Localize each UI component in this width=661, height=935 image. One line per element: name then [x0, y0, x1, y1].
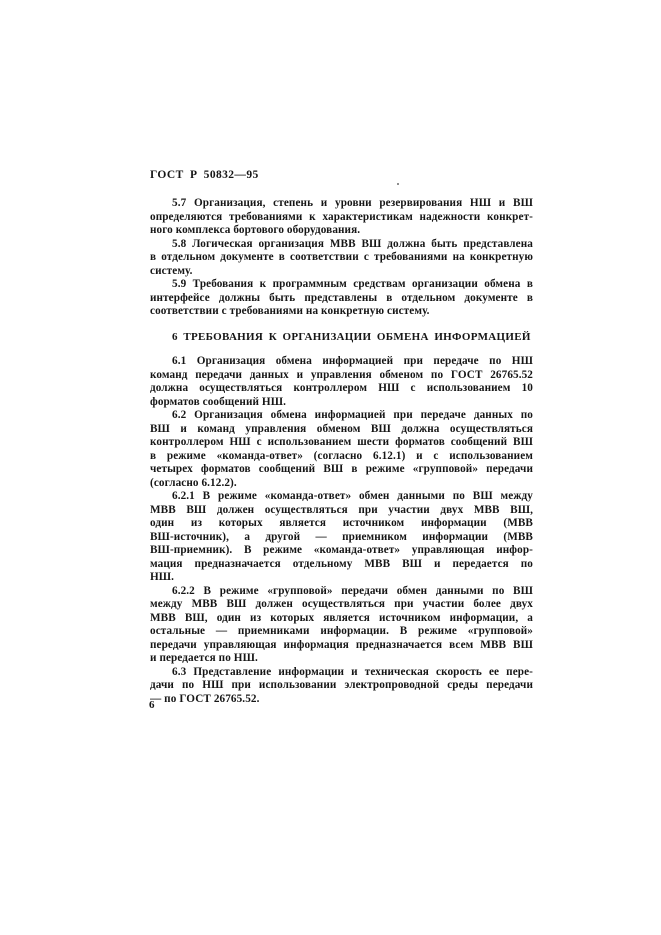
text-line: форматов сообщений НШ.	[150, 396, 533, 410]
text-line: один из которых является источником инфо…	[150, 517, 533, 531]
document-page: ГОСТ Р 50832—95 5.7 Организация, степень…	[0, 0, 661, 935]
paragraph: 6.1 Организация обмена информацией при п…	[150, 355, 533, 409]
text-line: 6.2.2 В режиме «групповой» передачи обме…	[150, 585, 533, 599]
text-line: определяются требованиями к характеристи…	[150, 211, 533, 225]
text-line: в отдельном документе в соответствии с т…	[150, 251, 533, 265]
text-line: между МВВ ВШ должен осуществляться при у…	[150, 598, 533, 612]
text-line: 5.9 Требования к программным средствам о…	[150, 278, 533, 292]
text-line: 6.1 Организация обмена информацией при п…	[150, 355, 533, 369]
text-line: контроллером НШ с использованием шести ф…	[150, 436, 533, 450]
scan-speck-artifact	[397, 183, 399, 185]
text-line: ного комплекса бортового оборудования.	[150, 224, 533, 238]
text-line: ВШ-источник), а другой — приемником инфо…	[150, 531, 533, 545]
paragraph: 6.2.1 В режиме «команда-ответ» обмен дан…	[150, 490, 533, 585]
text-line: — по ГОСТ 26765.52.	[150, 693, 533, 707]
text-line: и передается по НШ.	[150, 652, 533, 666]
text-line: 5.8 Логическая организация МВВ ВШ должна…	[150, 238, 533, 252]
text-line: мация предназначается отдельному МВВ ВШ …	[150, 558, 533, 572]
page-number: 6	[149, 699, 155, 711]
text-line: МВВ ВШ должен осуществляться при участии…	[150, 504, 533, 518]
text-line: систему.	[150, 265, 533, 279]
document-header-standard-number: ГОСТ Р 50832—95	[150, 169, 259, 181]
section-heading: 6 ТРЕБОВАНИЯ К ОРГАНИЗАЦИИ ОБМЕНА ИНФОРМ…	[150, 331, 533, 345]
text-line: должна осуществляться контроллером НШ с …	[150, 382, 533, 396]
text-line: в режиме «команда-ответ» (согласно 6.12.…	[150, 450, 533, 464]
text-line: дачи по НШ при использовании электропров…	[150, 679, 533, 693]
text-line: ВШ-приемник). В режиме «команда-ответ» у…	[150, 544, 533, 558]
text-line: 6.3 Представление информации и техническ…	[150, 666, 533, 680]
text-line: МВВ ВШ, один из которых является источни…	[150, 612, 533, 626]
text-line: 6.2 Организация обмена информацией при п…	[150, 409, 533, 423]
text-line: 6.2.1 В режиме «команда-ответ» обмен дан…	[150, 490, 533, 504]
text-line: (согласно 6.12.2).	[150, 477, 533, 491]
text-line: остальные — приемниками информации. В ре…	[150, 625, 533, 639]
text-line: 6 ТРЕБОВАНИЯ К ОРГАНИЗАЦИИ ОБМЕНА ИНФОРМ…	[150, 331, 533, 345]
text-line: ВШ и команд управления обменом ВШ должна…	[150, 423, 533, 437]
text-line: передачи управляющая информация предназн…	[150, 639, 533, 653]
paragraph: 5.7 Организация, степень и уровни резерв…	[150, 197, 533, 238]
text-line: интерфейсе должны быть представлены в от…	[150, 292, 533, 306]
paragraph: 6.2.2 В режиме «групповой» передачи обме…	[150, 585, 533, 666]
text-line: соответствии с требованиями на конкретну…	[150, 305, 533, 319]
paragraph: 6.2 Организация обмена информацией при п…	[150, 409, 533, 490]
paragraph: 5.9 Требования к программным средствам о…	[150, 278, 533, 319]
document-body: 5.7 Организация, степень и уровни резерв…	[150, 197, 533, 706]
text-line: НШ.	[150, 571, 533, 585]
paragraph: 6.3 Представление информации и техническ…	[150, 666, 533, 707]
text-line: команд передачи данных и управления обме…	[150, 369, 533, 383]
text-line: четырех форматов сообщений ВШ в режиме «…	[150, 463, 533, 477]
paragraph: 5.8 Логическая организация МВВ ВШ должна…	[150, 238, 533, 279]
text-line: 5.7 Организация, степень и уровни резерв…	[150, 197, 533, 211]
